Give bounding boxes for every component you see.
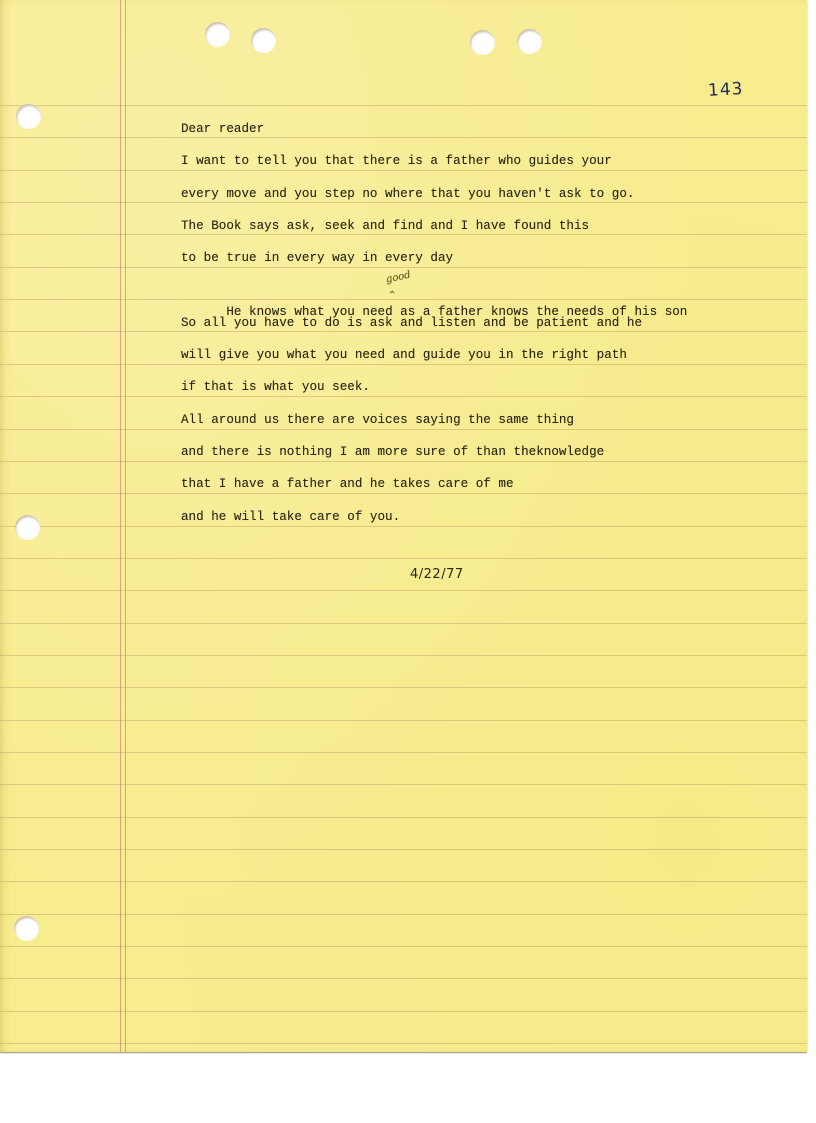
rule-line — [0, 946, 807, 947]
salutation: Dear reader — [181, 118, 687, 150]
rule-line — [0, 914, 807, 915]
letter-body: Dear reader I want to tell you that ther… — [181, 118, 687, 538]
rule-line — [0, 590, 807, 591]
rule-line — [0, 752, 807, 753]
rule-line — [0, 1011, 807, 1012]
rule-line — [0, 1043, 807, 1044]
rule-line — [0, 105, 807, 106]
punch-hole — [251, 28, 276, 53]
punch-hole — [470, 30, 495, 55]
letter-line-with-insertion: He knows what you need as a father knows… — [181, 279, 687, 311]
letter-line: every move and you step no where that yo… — [181, 183, 687, 215]
letter-line: So all you have to do is ask and listen … — [181, 312, 687, 344]
margin-line-left — [120, 0, 121, 1052]
legal-pad-page: 143 Dear reader I want to tell you that … — [0, 0, 807, 1052]
punch-hole — [14, 916, 39, 941]
letter-line: and there is nothing I am more sure of t… — [181, 441, 687, 473]
rule-line — [0, 623, 807, 624]
punch-hole — [15, 515, 40, 540]
page-number: 143 — [708, 79, 744, 101]
rule-line — [0, 881, 807, 882]
punch-hole — [205, 22, 230, 47]
rule-line — [0, 558, 807, 559]
insertion-caret-icon: ⌃ — [388, 285, 396, 307]
letter-line: I want to tell you that there is a fathe… — [181, 150, 687, 182]
rule-line — [0, 720, 807, 721]
letter-line: and he will take care of you. — [181, 506, 687, 538]
letter-line: that I have a father and he takes care o… — [181, 473, 687, 505]
letter-line: The Book says ask, seek and find and I h… — [181, 215, 687, 247]
letter-line: if that is what you seek. — [181, 376, 687, 408]
rule-line — [0, 978, 807, 979]
letter-line: All around us there are voices saying th… — [181, 409, 687, 441]
rule-line — [0, 687, 807, 688]
punch-hole — [517, 29, 542, 54]
punch-hole — [16, 104, 41, 129]
rule-line — [0, 849, 807, 850]
letter-line: will give you what you need and guide yo… — [181, 344, 687, 376]
letter-line: to be true in every way in every day — [181, 247, 687, 279]
margin-line-right — [125, 0, 126, 1052]
letter-date: 4/22/77 — [410, 567, 464, 582]
rule-line — [0, 655, 807, 656]
rule-line — [0, 817, 807, 818]
rule-line — [0, 784, 807, 785]
